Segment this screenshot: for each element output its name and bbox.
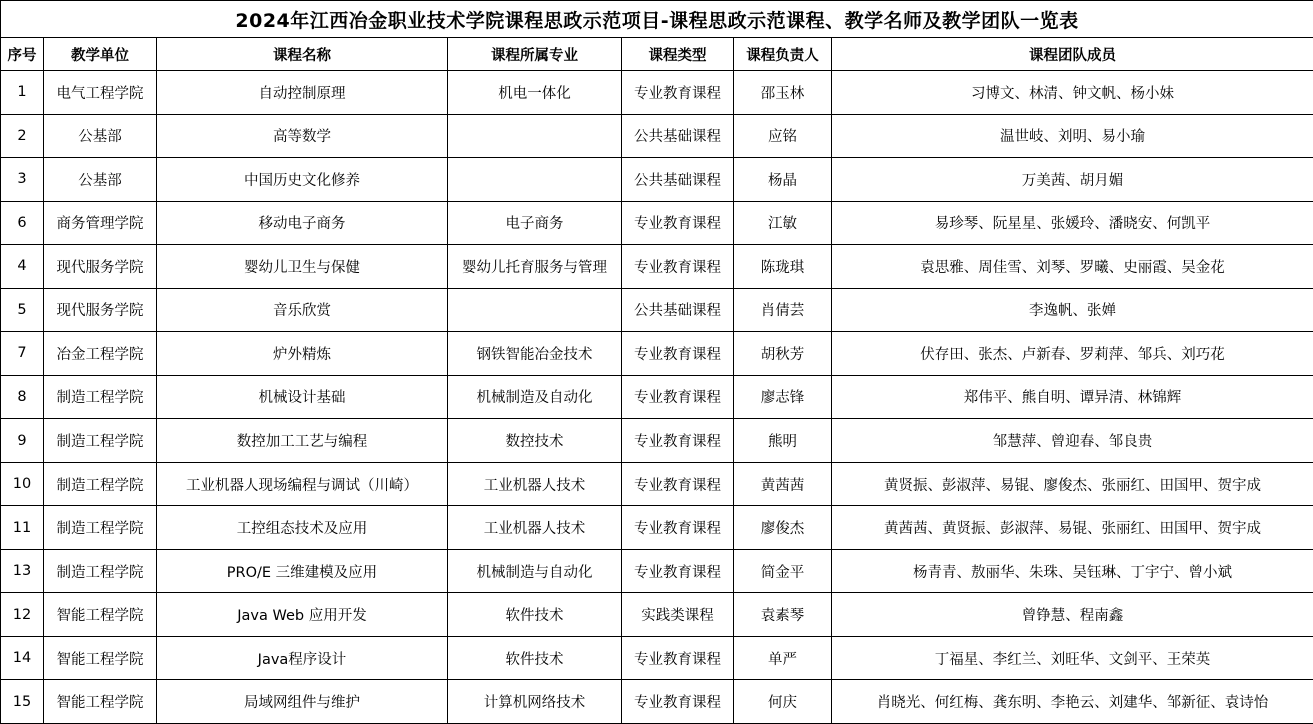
table-row: 10 制造工程学院 工业机器人现场编程与调试（川崎） 工业机器人技术 专业教育课… bbox=[1, 462, 1313, 506]
cell-course-type: 专业教育课程 bbox=[622, 332, 734, 376]
cell-course-type: 专业教育课程 bbox=[622, 201, 734, 245]
cell-teaching-unit: 公基部 bbox=[44, 114, 157, 158]
cell-course-name: 工控组态技术及应用 bbox=[157, 506, 448, 550]
cell-course-team: 万美茜、胡月媚 bbox=[832, 158, 1313, 202]
cell-serial-number: 14 bbox=[1, 636, 44, 680]
column-header-no: 序号 bbox=[1, 38, 44, 71]
cell-serial-number: 4 bbox=[1, 245, 44, 289]
cell-course-major: 计算机网络技术 bbox=[448, 680, 622, 724]
cell-course-major bbox=[448, 288, 622, 332]
cell-course-name: 机械设计基础 bbox=[157, 375, 448, 419]
cell-serial-number: 8 bbox=[1, 375, 44, 419]
column-header-unit: 教学单位 bbox=[44, 38, 157, 71]
column-header-leader: 课程负责人 bbox=[734, 38, 832, 71]
cell-course-name: 工业机器人现场编程与调试（川崎） bbox=[157, 462, 448, 506]
cell-course-name: 音乐欣赏 bbox=[157, 288, 448, 332]
cell-course-team: 易珍琴、阮星星、张媛玲、潘晓安、何凯平 bbox=[832, 201, 1313, 245]
cell-course-leader: 何庆 bbox=[734, 680, 832, 724]
cell-course-major: 软件技术 bbox=[448, 593, 622, 637]
cell-course-major: 婴幼儿托育服务与管理 bbox=[448, 245, 622, 289]
page-title: 2024年江西冶金职业技术学院课程思政示范项目-课程思政示范课程、教学名师及教学… bbox=[1, 1, 1313, 38]
table-row: 9 制造工程学院 数控加工工艺与编程 数控技术 专业教育课程 熊明 邹慧萍、曾迎… bbox=[1, 419, 1313, 463]
table-row: 13 制造工程学院 PRO/E 三维建模及应用 机械制造与自动化 专业教育课程 … bbox=[1, 549, 1313, 593]
cell-course-team: 邹慧萍、曾迎春、邹良贵 bbox=[832, 419, 1313, 463]
cell-course-type: 专业教育课程 bbox=[622, 462, 734, 506]
cell-serial-number: 1 bbox=[1, 71, 44, 115]
cell-teaching-unit: 制造工程学院 bbox=[44, 506, 157, 550]
cell-course-name: 数控加工工艺与编程 bbox=[157, 419, 448, 463]
table-row: 1 电气工程学院 自动控制原理 机电一体化 专业教育课程 邵玉林 习博文、林清、… bbox=[1, 71, 1313, 115]
cell-course-name: 高等数学 bbox=[157, 114, 448, 158]
table-row: 7 冶金工程学院 炉外精炼 钢铁智能冶金技术 专业教育课程 胡秋芳 伏存田、张杰… bbox=[1, 332, 1313, 376]
cell-course-type: 专业教育课程 bbox=[622, 71, 734, 115]
table-row: 12 智能工程学院 Java Web 应用开发 软件技术 实践类课程 袁素琴 曾… bbox=[1, 593, 1313, 637]
table-title-row: 2024年江西冶金职业技术学院课程思政示范项目-课程思政示范课程、教学名师及教学… bbox=[1, 1, 1313, 38]
cell-course-name: 婴幼儿卫生与保健 bbox=[157, 245, 448, 289]
cell-course-major bbox=[448, 158, 622, 202]
cell-serial-number: 10 bbox=[1, 462, 44, 506]
cell-course-name: Java Web 应用开发 bbox=[157, 593, 448, 637]
table-row: 15 智能工程学院 局域网组件与维护 计算机网络技术 专业教育课程 何庆 肖晓光… bbox=[1, 680, 1313, 724]
cell-course-team: 杨青青、敖丽华、朱珠、吴钰琳、丁宇宁、曾小斌 bbox=[832, 549, 1313, 593]
cell-course-name: 中国历史文化修养 bbox=[157, 158, 448, 202]
cell-course-team: 曾铮慧、程南鑫 bbox=[832, 593, 1313, 637]
cell-teaching-unit: 公基部 bbox=[44, 158, 157, 202]
cell-course-major: 机电一体化 bbox=[448, 71, 622, 115]
cell-course-major: 机械制造与自动化 bbox=[448, 549, 622, 593]
table-body: 1 电气工程学院 自动控制原理 机电一体化 专业教育课程 邵玉林 习博文、林清、… bbox=[1, 71, 1313, 724]
cell-course-type: 专业教育课程 bbox=[622, 375, 734, 419]
cell-teaching-unit: 制造工程学院 bbox=[44, 419, 157, 463]
cell-teaching-unit: 智能工程学院 bbox=[44, 680, 157, 724]
cell-course-major: 工业机器人技术 bbox=[448, 506, 622, 550]
cell-course-team: 丁福星、李红兰、刘旺华、文剑平、王荣英 bbox=[832, 636, 1313, 680]
cell-teaching-unit: 智能工程学院 bbox=[44, 636, 157, 680]
cell-course-type: 公共基础课程 bbox=[622, 288, 734, 332]
cell-course-type: 专业教育课程 bbox=[622, 419, 734, 463]
cell-teaching-unit: 电气工程学院 bbox=[44, 71, 157, 115]
table-row: 11 制造工程学院 工控组态技术及应用 工业机器人技术 专业教育课程 廖俊杰 黄… bbox=[1, 506, 1313, 550]
cell-course-team: 黄茜茜、黄贤振、彭淑萍、易锟、张丽红、田国甲、贺宇成 bbox=[832, 506, 1313, 550]
cell-course-leader: 袁素琴 bbox=[734, 593, 832, 637]
cell-course-team: 李逸帆、张婵 bbox=[832, 288, 1313, 332]
cell-serial-number: 3 bbox=[1, 158, 44, 202]
table-row: 8 制造工程学院 机械设计基础 机械制造及自动化 专业教育课程 廖志锋 郑伟平、… bbox=[1, 375, 1313, 419]
table-row: 2 公基部 高等数学 公共基础课程 应铭 温世岐、刘明、易小瑜 bbox=[1, 114, 1313, 158]
cell-teaching-unit: 现代服务学院 bbox=[44, 288, 157, 332]
cell-course-name: 移动电子商务 bbox=[157, 201, 448, 245]
cell-course-leader: 杨晶 bbox=[734, 158, 832, 202]
table-row: 5 现代服务学院 音乐欣赏 公共基础课程 肖倩芸 李逸帆、张婵 bbox=[1, 288, 1313, 332]
cell-teaching-unit: 冶金工程学院 bbox=[44, 332, 157, 376]
cell-course-name: 自动控制原理 bbox=[157, 71, 448, 115]
cell-course-type: 公共基础课程 bbox=[622, 114, 734, 158]
column-header-course: 课程名称 bbox=[157, 38, 448, 71]
cell-teaching-unit: 制造工程学院 bbox=[44, 462, 157, 506]
table-row: 3 公基部 中国历史文化修养 公共基础课程 杨晶 万美茜、胡月媚 bbox=[1, 158, 1313, 202]
cell-course-type: 专业教育课程 bbox=[622, 245, 734, 289]
cell-serial-number: 7 bbox=[1, 332, 44, 376]
cell-teaching-unit: 制造工程学院 bbox=[44, 375, 157, 419]
column-header-major: 课程所属专业 bbox=[448, 38, 622, 71]
cell-course-type: 公共基础课程 bbox=[622, 158, 734, 202]
table-header-row: 序号 教学单位 课程名称 课程所属专业 课程类型 课程负责人 课程团队成员 bbox=[1, 38, 1313, 71]
cell-course-name: Java程序设计 bbox=[157, 636, 448, 680]
cell-teaching-unit: 商务管理学院 bbox=[44, 201, 157, 245]
cell-course-leader: 黄茜茜 bbox=[734, 462, 832, 506]
cell-teaching-unit: 制造工程学院 bbox=[44, 549, 157, 593]
table-row: 4 现代服务学院 婴幼儿卫生与保健 婴幼儿托育服务与管理 专业教育课程 陈珑琪 … bbox=[1, 245, 1313, 289]
cell-course-name: 局域网组件与维护 bbox=[157, 680, 448, 724]
cell-course-type: 专业教育课程 bbox=[622, 549, 734, 593]
cell-course-team: 习博文、林清、钟文帆、杨小妹 bbox=[832, 71, 1313, 115]
cell-course-team: 肖晓光、何红梅、龚东明、李艳云、刘建华、邹新征、袁诗怡 bbox=[832, 680, 1313, 724]
cell-course-leader: 简金平 bbox=[734, 549, 832, 593]
cell-teaching-unit: 现代服务学院 bbox=[44, 245, 157, 289]
cell-course-major: 软件技术 bbox=[448, 636, 622, 680]
cell-course-major: 工业机器人技术 bbox=[448, 462, 622, 506]
cell-serial-number: 12 bbox=[1, 593, 44, 637]
cell-teaching-unit: 智能工程学院 bbox=[44, 593, 157, 637]
cell-course-team: 郑伟平、熊自明、谭异清、林锦辉 bbox=[832, 375, 1313, 419]
cell-course-major: 机械制造及自动化 bbox=[448, 375, 622, 419]
cell-course-leader: 肖倩芸 bbox=[734, 288, 832, 332]
cell-course-leader: 邵玉林 bbox=[734, 71, 832, 115]
cell-course-name: 炉外精炼 bbox=[157, 332, 448, 376]
cell-serial-number: 9 bbox=[1, 419, 44, 463]
cell-course-major: 电子商务 bbox=[448, 201, 622, 245]
cell-course-name: PRO/E 三维建模及应用 bbox=[157, 549, 448, 593]
cell-course-type: 实践类课程 bbox=[622, 593, 734, 637]
cell-course-leader: 应铭 bbox=[734, 114, 832, 158]
column-header-team: 课程团队成员 bbox=[832, 38, 1313, 71]
column-header-type: 课程类型 bbox=[622, 38, 734, 71]
cell-course-major bbox=[448, 114, 622, 158]
cell-serial-number: 2 bbox=[1, 114, 44, 158]
cell-course-leader: 江敏 bbox=[734, 201, 832, 245]
cell-course-major: 钢铁智能冶金技术 bbox=[448, 332, 622, 376]
cell-course-type: 专业教育课程 bbox=[622, 506, 734, 550]
cell-serial-number: 15 bbox=[1, 680, 44, 724]
table-row: 14 智能工程学院 Java程序设计 软件技术 专业教育课程 单严 丁福星、李红… bbox=[1, 636, 1313, 680]
cell-course-leader: 廖志锋 bbox=[734, 375, 832, 419]
cell-serial-number: 6 bbox=[1, 201, 44, 245]
cell-serial-number: 5 bbox=[1, 288, 44, 332]
cell-course-leader: 陈珑琪 bbox=[734, 245, 832, 289]
cell-serial-number: 13 bbox=[1, 549, 44, 593]
cell-course-type: 专业教育课程 bbox=[622, 680, 734, 724]
cell-course-team: 黄贤振、彭淑萍、易锟、廖俊杰、张丽红、田国甲、贺宇成 bbox=[832, 462, 1313, 506]
cell-course-leader: 胡秋芳 bbox=[734, 332, 832, 376]
cell-course-team: 伏存田、张杰、卢新春、罗莉萍、邹兵、刘巧花 bbox=[832, 332, 1313, 376]
cell-course-leader: 单严 bbox=[734, 636, 832, 680]
cell-serial-number: 11 bbox=[1, 506, 44, 550]
cell-course-leader: 廖俊杰 bbox=[734, 506, 832, 550]
course-overview-table: 2024年江西冶金职业技术学院课程思政示范项目-课程思政示范课程、教学名师及教学… bbox=[0, 0, 1313, 724]
cell-course-leader: 熊明 bbox=[734, 419, 832, 463]
cell-course-team: 温世岐、刘明、易小瑜 bbox=[832, 114, 1313, 158]
cell-course-team: 袁思雅、周佳雪、刘琴、罗曦、史丽霞、吴金花 bbox=[832, 245, 1313, 289]
cell-course-type: 专业教育课程 bbox=[622, 636, 734, 680]
cell-course-major: 数控技术 bbox=[448, 419, 622, 463]
table-row: 6 商务管理学院 移动电子商务 电子商务 专业教育课程 江敏 易珍琴、阮星星、张… bbox=[1, 201, 1313, 245]
